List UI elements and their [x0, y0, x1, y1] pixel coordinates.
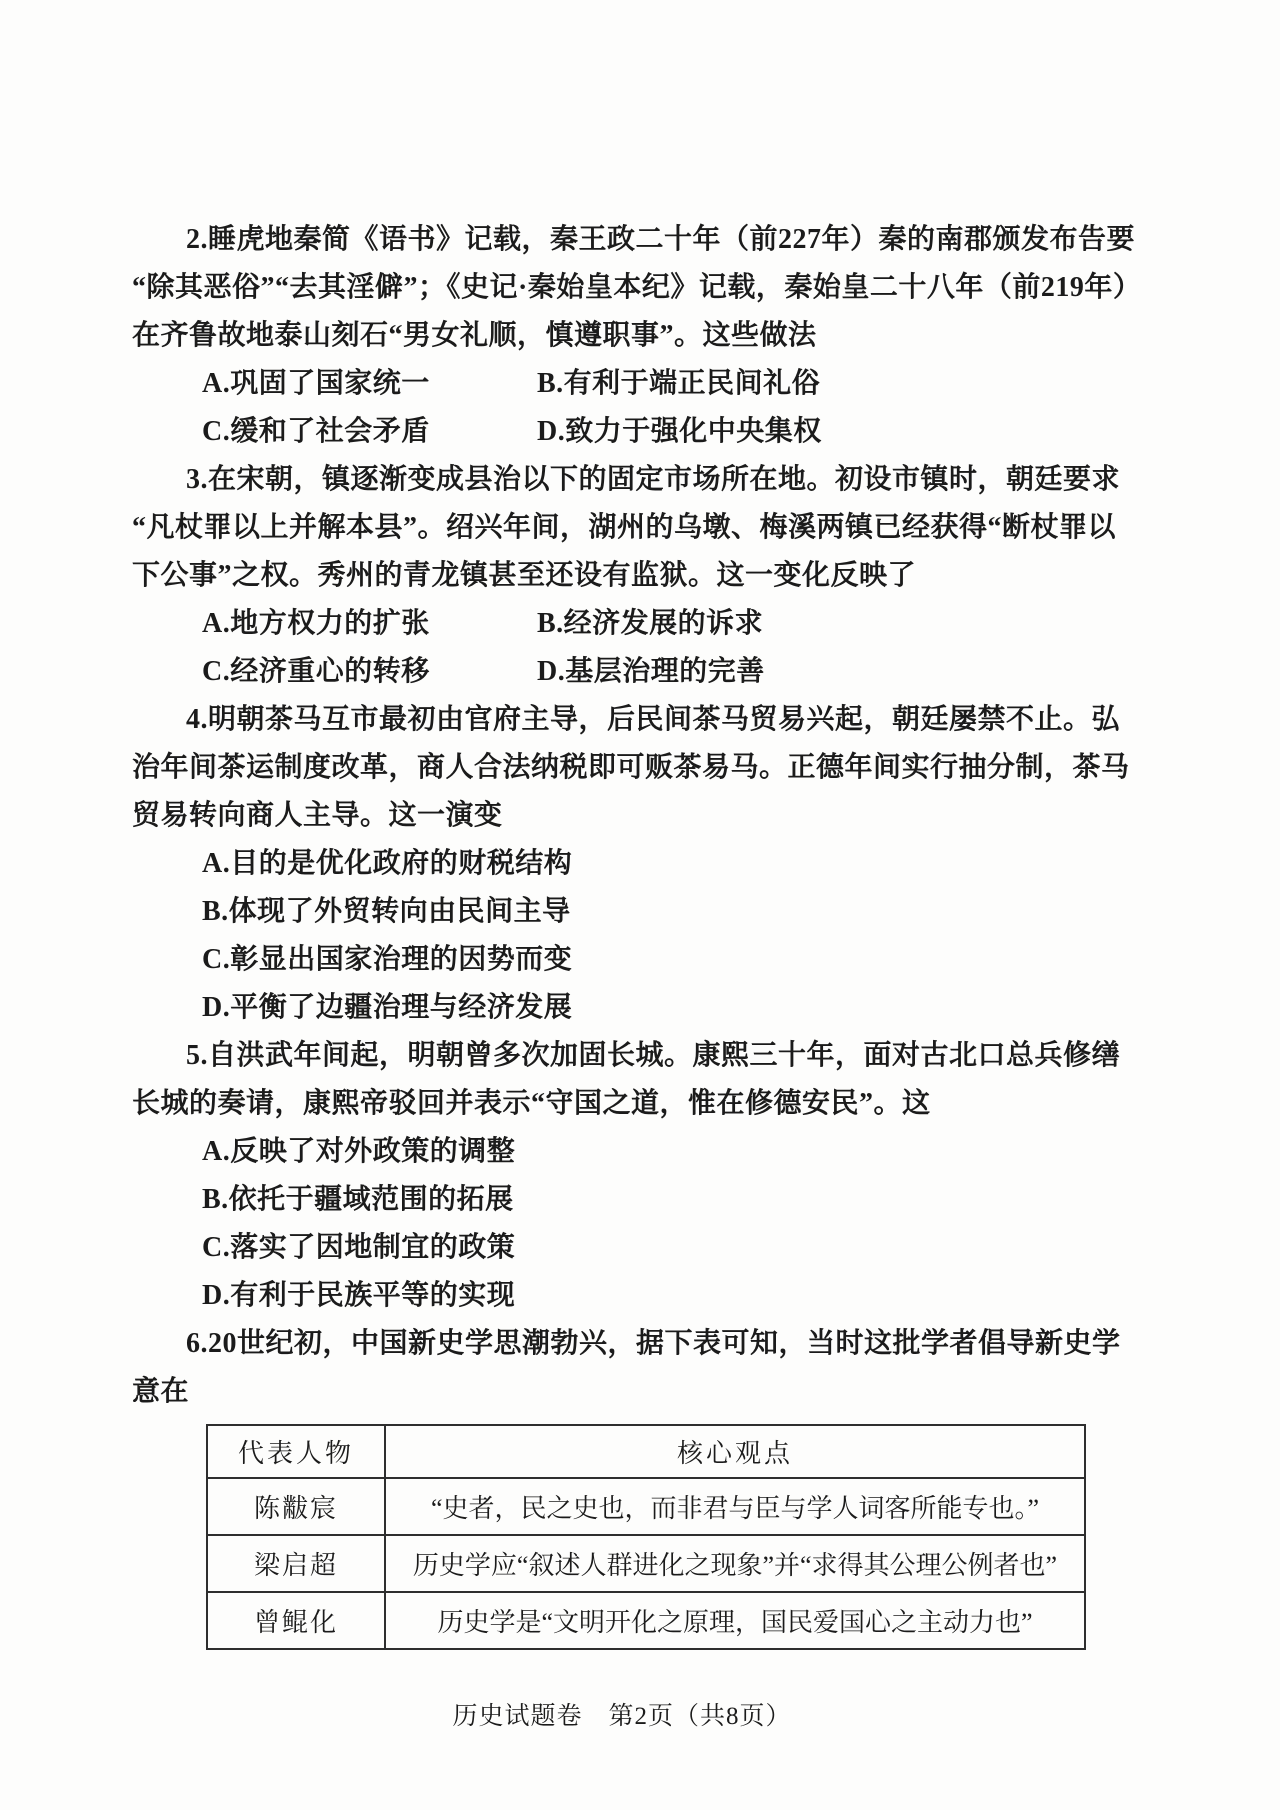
historians-viewpoints-table: 代表人物 核心观点 陈黻宸 “史者，民之史也，而非君与臣与学人词客所能专也。” … [206, 1424, 1086, 1650]
question-3: 3.在宋朝，镇逐渐变成县治以下的固定市场所在地。初设市镇时，朝廷要求 “凡杖罪以… [132, 456, 1280, 696]
question-2-option-a: A.巩固了国家统一 [202, 360, 537, 408]
question-5-option-b: B.依托于疆域范围的拓展 [202, 1176, 1280, 1224]
question-3-stem-line-3: 下公事”之权。秀州的青龙镇甚至还设有监狱。这一变化反映了 [132, 552, 1280, 600]
question-4-option-b: B.体现了外贸转向由民间主导 [202, 888, 1280, 936]
question-2-stem-line-2: “除其恶俗”“去其淫僻”；《史记·秦始皇本纪》记载，秦始皇二十八年（前219年） [132, 264, 1280, 312]
table-header-viewpoint: 核心观点 [385, 1425, 1085, 1478]
question-3-option-a: A.地方权力的扩张 [202, 600, 537, 648]
table-cell-viewpoint-3: 历史学是“文明开化之原理，国民爱国心之主动力也” [385, 1592, 1085, 1649]
question-2-options: A.巩固了国家统一 B.有利于端正民间礼俗 C.缓和了社会矛盾 D.致力于强化中… [132, 360, 1280, 456]
question-4-option-c: C.彰显出国家治理的因势而变 [202, 936, 1280, 984]
question-3-option-d: D.基层治理的完善 [537, 648, 1280, 696]
question-2-option-d: D.致力于强化中央集权 [537, 408, 1280, 456]
question-4-stem-line-2: 治年间茶运制度改革，商人合法纳税即可贩茶易马。正德年间实行抽分制，茶马 [132, 744, 1280, 792]
table-row: 曾鲲化 历史学是“文明开化之原理，国民爱国心之主动力也” [207, 1592, 1085, 1649]
table-cell-person-2: 梁启超 [207, 1535, 385, 1592]
question-4-options: A.目的是优化政府的财税结构 B.体现了外贸转向由民间主导 C.彰显出国家治理的… [132, 840, 1280, 1032]
question-2: 2.睡虎地秦简《语书》记载，秦王政二十年（前227年）秦的南郡颁发布告要 “除其… [132, 216, 1280, 456]
question-2-option-b: B.有利于端正民间礼俗 [537, 360, 1280, 408]
question-3-options: A.地方权力的扩张 B.经济发展的诉求 C.经济重心的转移 D.基层治理的完善 [132, 600, 1280, 696]
table-row: 陈黻宸 “史者，民之史也，而非君与臣与学人词客所能专也。” [207, 1478, 1085, 1535]
table-header-row: 代表人物 核心观点 [207, 1425, 1085, 1478]
question-4-stem-line-1: 4.明朝茶马互市最初由官府主导，后民间茶马贸易兴起，朝廷屡禁不止。弘 [132, 696, 1280, 744]
question-6: 6.20世纪初，中国新史学思潮勃兴，据下表可知，当时这批学者倡导新史学 意在 代… [132, 1320, 1280, 1650]
question-2-stem-line-1: 2.睡虎地秦简《语书》记载，秦王政二十年（前227年）秦的南郡颁发布告要 [132, 216, 1280, 264]
question-4: 4.明朝茶马互市最初由官府主导，后民间茶马贸易兴起，朝廷屡禁不止。弘 治年间茶运… [132, 696, 1280, 1032]
question-3-option-b: B.经济发展的诉求 [537, 600, 1280, 648]
question-5: 5.自洪武年间起，明朝曾多次加固长城。康熙三十年，面对古北口总兵修缮 长城的奏请… [132, 1032, 1280, 1320]
table-cell-viewpoint-1: “史者，民之史也，而非君与臣与学人词客所能专也。” [385, 1478, 1085, 1535]
question-5-option-d: D.有利于民族平等的实现 [202, 1272, 1280, 1320]
question-3-stem-line-1: 3.在宋朝，镇逐渐变成县治以下的固定市场所在地。初设市镇时，朝廷要求 [132, 456, 1280, 504]
table-row: 梁启超 历史学应“叙述人群进化之现象”并“求得其公理公例者也” [207, 1535, 1085, 1592]
question-3-stem-line-2: “凡杖罪以上并解本县”。绍兴年间，湖州的乌墩、梅溪两镇已经获得“断杖罪以 [132, 504, 1280, 552]
question-6-stem-line-2: 意在 [132, 1368, 1280, 1416]
question-5-options: A.反映了对外政策的调整 B.依托于疆域范围的拓展 C.落实了因地制宜的政策 D… [132, 1128, 1280, 1320]
question-5-option-a: A.反映了对外政策的调整 [202, 1128, 1280, 1176]
table-cell-person-3: 曾鲲化 [207, 1592, 385, 1649]
exam-page-scan: 2.睡虎地秦简《语书》记载，秦王政二十年（前227年）秦的南郡颁发布告要 “除其… [0, 0, 1280, 1810]
question-2-option-c: C.缓和了社会矛盾 [202, 408, 537, 456]
table-cell-person-1: 陈黻宸 [207, 1478, 385, 1535]
question-6-stem-line-1: 6.20世纪初，中国新史学思潮勃兴，据下表可知，当时这批学者倡导新史学 [132, 1320, 1280, 1368]
question-3-option-c: C.经济重心的转移 [202, 648, 537, 696]
question-4-option-d: D.平衡了边疆治理与经济发展 [202, 984, 1280, 1032]
question-4-option-a: A.目的是优化政府的财税结构 [202, 840, 1280, 888]
question-5-stem-line-2: 长城的奏请，康熙帝驳回并表示“守国之道，惟在修德安民”。这 [132, 1080, 1280, 1128]
table-cell-viewpoint-2: 历史学应“叙述人群进化之现象”并“求得其公理公例者也” [385, 1535, 1085, 1592]
question-5-stem-line-1: 5.自洪武年间起，明朝曾多次加固长城。康熙三十年，面对古北口总兵修缮 [132, 1032, 1280, 1080]
page-footer: 历史试题卷 第2页（共8页） [132, 1696, 1112, 1732]
question-5-option-c: C.落实了因地制宜的政策 [202, 1224, 1280, 1272]
question-4-stem-line-3: 贸易转向商人主导。这一演变 [132, 792, 1280, 840]
exam-content: 2.睡虎地秦简《语书》记载，秦王政二十年（前227年）秦的南郡颁发布告要 “除其… [0, 0, 1280, 1732]
question-2-stem-line-3: 在齐鲁故地泰山刻石“男女礼顺，慎遵职事”。这些做法 [132, 312, 1280, 360]
table-header-person: 代表人物 [207, 1425, 385, 1478]
